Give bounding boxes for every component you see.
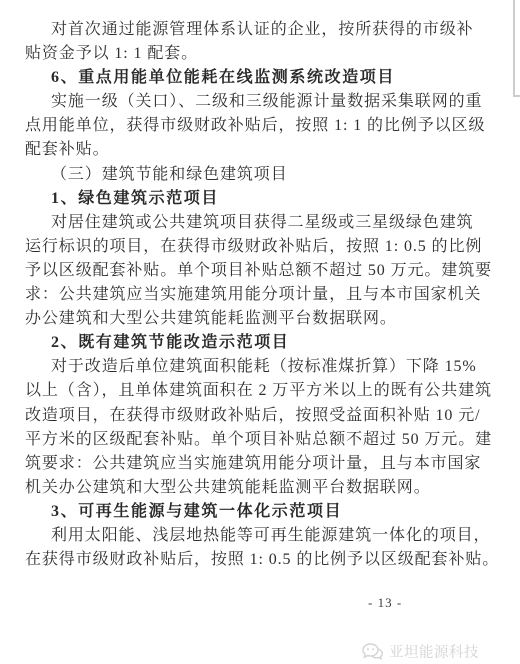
subsection-heading: （三）建筑节能和绿色建筑项目	[25, 163, 473, 187]
body-text-line: 对于改造后单位建筑面积能耗（按标准煤折算）下降 15%	[25, 355, 473, 379]
watermark-text: 亚坦能源科技	[389, 641, 479, 662]
body-text-line: 机关办公建筑和大型公共建筑能耗监测平台数据联网。	[25, 476, 473, 500]
body-text-line: 点用能单位，获得市级财政补贴后，按照 1: 1 的比例予以区级	[25, 114, 473, 138]
page-edge-line	[513, 0, 520, 97]
page-number: - 13 -	[368, 595, 402, 611]
body-text-line: 对居住建筑或公共建筑项目获得二星级或三星级绿色建筑	[25, 211, 473, 235]
body-text-line: 在获得市级财政补贴后，按照 1: 0.5 的比例予以区级配套补贴。	[25, 548, 473, 572]
body-text-line: 筑要求：公共建筑应当实施建筑用能分项计量，且与本市国家	[25, 452, 473, 476]
body-text-line: 以上（含），且单体建筑面积在 2 万平方米以上的既有公共建筑	[25, 379, 473, 403]
section-heading: 6、重点用能单位能耗在线监测系统改造项目	[25, 66, 473, 90]
body-text-line: 实施一级（关口）、二级和三级能源计量数据采集联网的重	[25, 90, 473, 114]
watermark: 亚坦能源科技	[361, 641, 479, 662]
body-text-line: 贴资金予以 1: 1 配套。	[25, 42, 473, 66]
section-heading: 2、既有建筑节能改造示范项目	[25, 331, 473, 355]
body-text-line: 配套补贴。	[25, 138, 473, 162]
body-text-line: 平方米的区级配套补贴。单个项目补贴总额不超过 50 万元。建	[25, 428, 473, 452]
body-text-line: 利用太阳能、浅层地热能等可再生能源建筑一体化的项目，	[25, 524, 473, 548]
section-heading: 1、绿色建筑示范项目	[25, 187, 473, 211]
document-body: 对首次通过能源管理体系认证的企业，按所获得的市级补 贴资金予以 1: 1 配套。…	[25, 18, 473, 572]
body-text-line: 办公建筑和大型公共建筑能耗监测平台数据联网。	[25, 307, 473, 331]
body-text-line: 运行标识的项目，在获得市级财政补贴后，按照 1: 0.5 的比例	[25, 235, 473, 259]
body-text-line: 改造项目，在获得市级财政补贴后，按照受益面积补贴 10 元/	[25, 404, 473, 428]
watermark-logo-icon	[361, 642, 384, 661]
body-text-line: 予以区级配套补贴。单个项目补贴总额不超过 50 万元。建筑要	[25, 259, 473, 283]
section-heading: 3、可再生能源与建筑一体化示范项目	[25, 500, 473, 524]
document-page: 对首次通过能源管理体系认证的企业，按所获得的市级补 贴资金予以 1: 1 配套。…	[0, 0, 520, 664]
body-text-line: 求：公共建筑应当实施建筑用能分项计量，且与本市国家机关	[25, 283, 473, 307]
body-text-line: 对首次通过能源管理体系认证的企业，按所获得的市级补	[25, 18, 473, 42]
